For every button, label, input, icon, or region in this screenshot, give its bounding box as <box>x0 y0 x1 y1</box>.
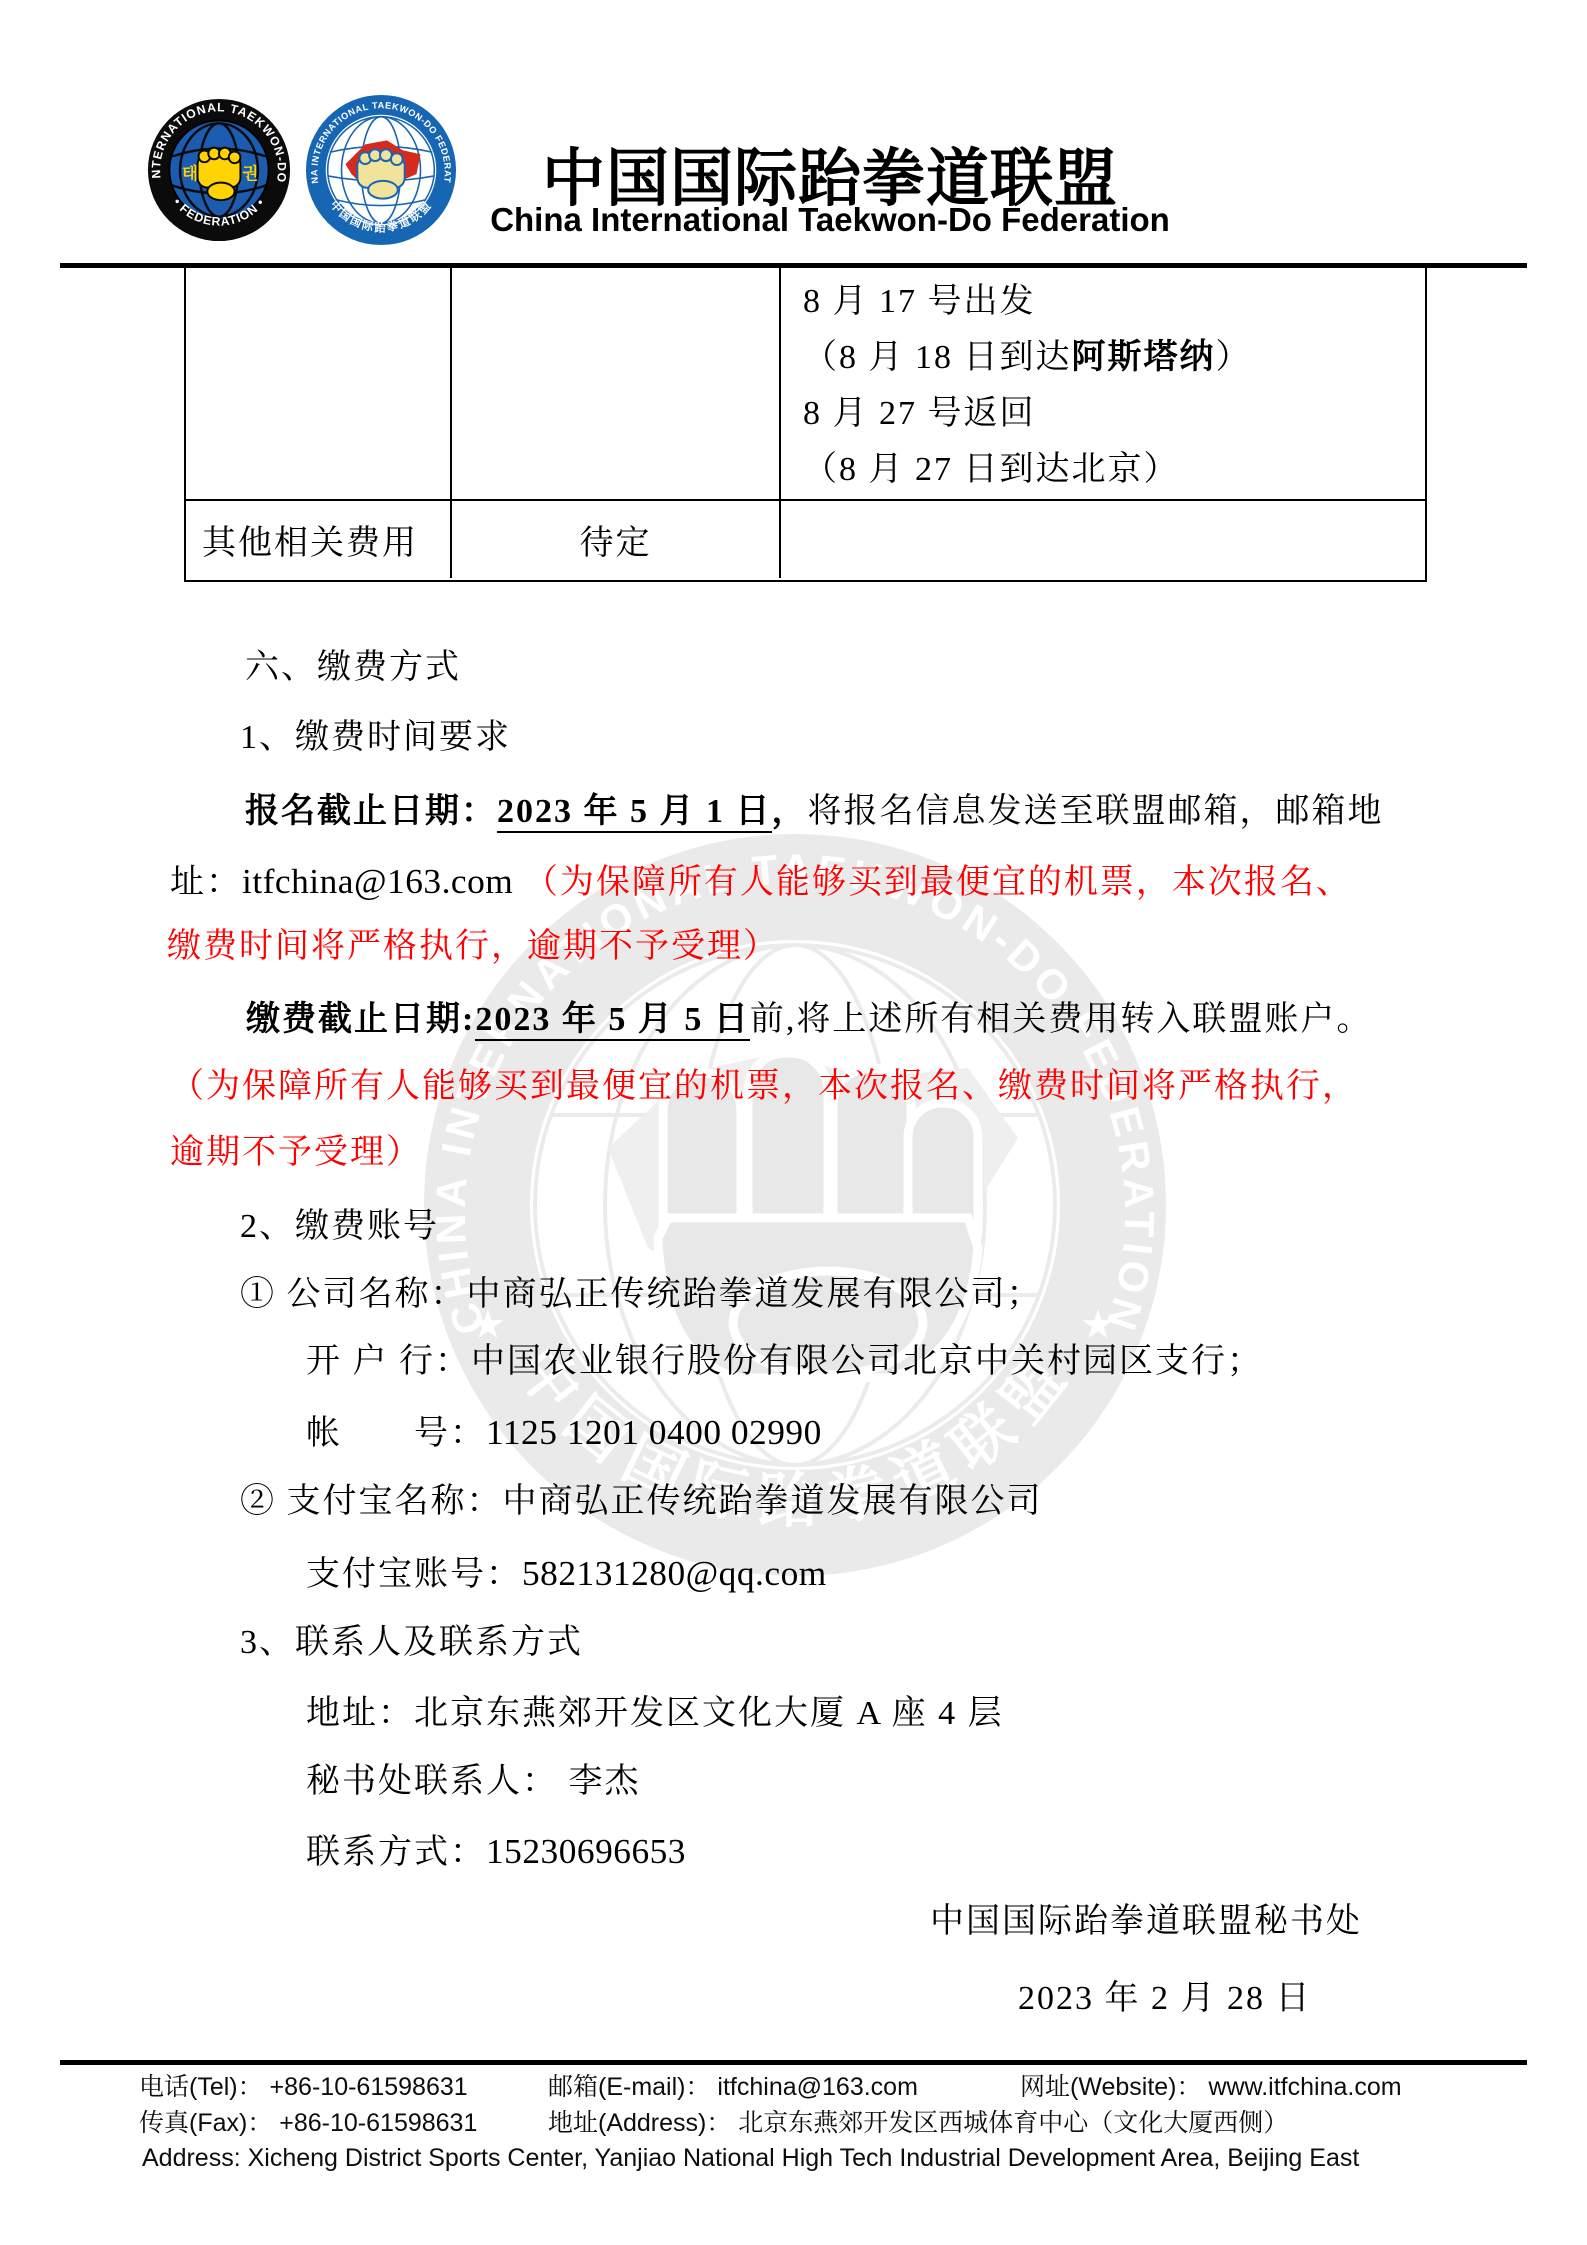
footer-website: 网址(Website)： www.itfchina.com <box>1020 2071 1402 2103</box>
footer-fax: 传真(Fax)： +86-10-61598631 <box>139 2107 477 2139</box>
footer-address-en: Address: Xicheng District Sports Center,… <box>142 2142 1359 2174</box>
document-page: CHINA INTERNATIONAL TAEKWON-DO FEDERATIO… <box>0 0 1587 2245</box>
footer-phone: 电话(Tel)： +86-10-61598631 <box>139 2071 468 2103</box>
footer-address-cn: 地址(Address)： 北京东燕郊开发区西城体育中心（文化大厦西侧） <box>548 2107 1288 2139</box>
footer-email: 邮箱(E-mail)： itfchina@163.com <box>548 2071 918 2103</box>
document-footer: 电话(Tel)： +86-10-61598631邮箱(E-mail)： itfc… <box>0 0 1587 2245</box>
